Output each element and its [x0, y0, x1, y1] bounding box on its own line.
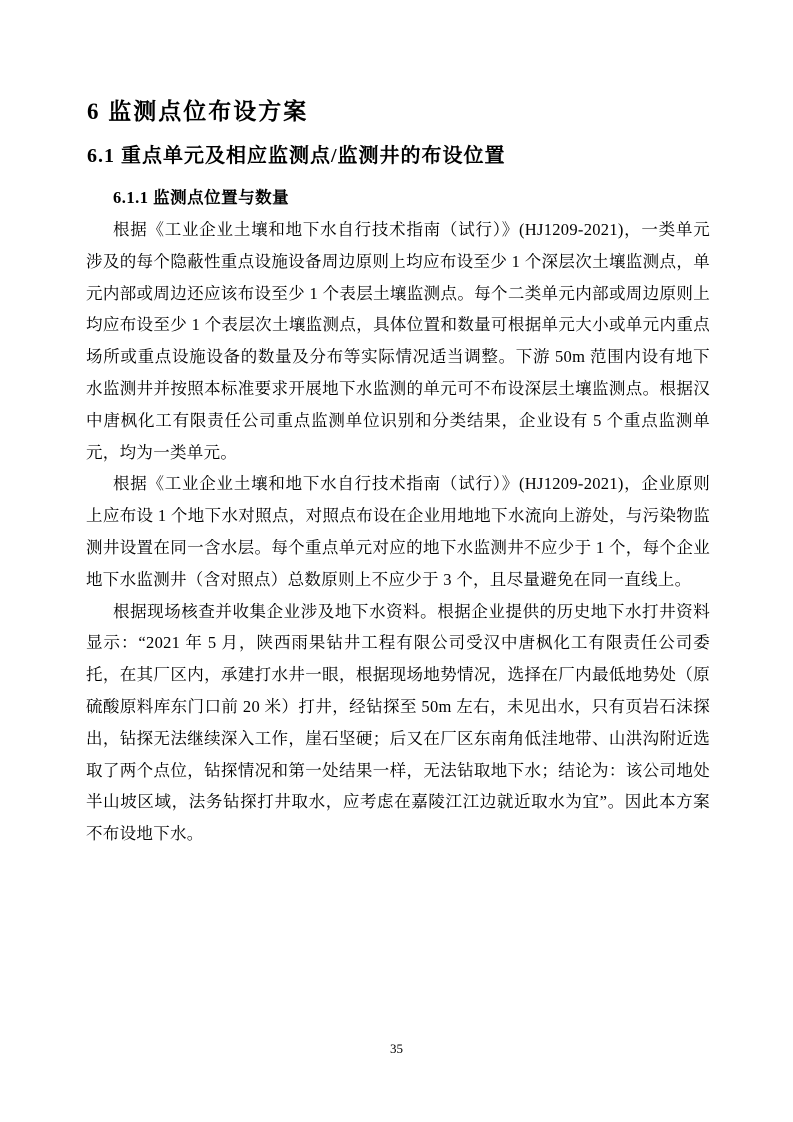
paragraph-groundwater-wells: 根据《工业企业土壤和地下水自行技术指南（试行）》(HJ1209-2021)，企业…: [86, 468, 710, 595]
paragraph-soil-monitoring-points: 根据《工业企业土壤和地下水自行技术指南（试行）》(HJ1209-2021)，一类…: [86, 214, 710, 468]
page-number: 35: [0, 1040, 793, 1058]
section-heading-level3: 6.1.1 监测点位置与数量: [113, 187, 710, 209]
paragraph-site-verification: 根据现场核查并收集企业涉及地下水资料。根据企业提供的历史地下水打井资料显示：“2…: [86, 596, 710, 850]
document-page: 6 监测点位布设方案 6.1 重点单元及相应监测点/监测井的布设位置 6.1.1…: [0, 0, 793, 1122]
section-heading-level2: 6.1 重点单元及相应监测点/监测井的布设位置: [87, 143, 710, 169]
section-heading-level1: 6 监测点位布设方案: [87, 98, 710, 126]
